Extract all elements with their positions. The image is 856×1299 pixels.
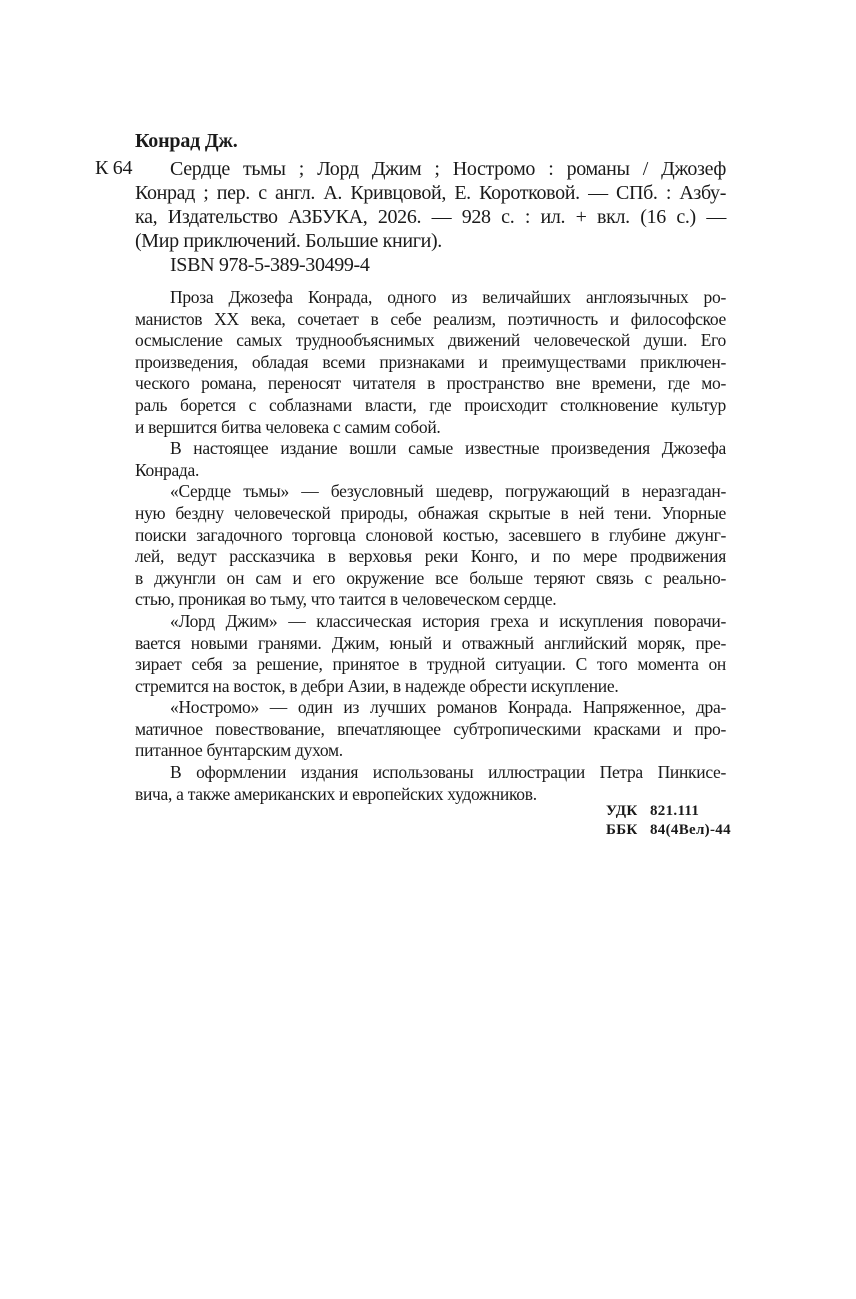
bbk-value: 84(4Вел)-44	[650, 821, 731, 840]
bbk-label: ББК	[606, 821, 650, 840]
udk-row: УДК 821.111	[606, 802, 731, 821]
annotation-line: матичное повествование, впечатляющее суб…	[135, 719, 726, 741]
annotation-line: Проза Джозефа Конрада, одного из величай…	[135, 287, 726, 309]
annotation-line: ную бездну человеческой природы, обнажая…	[135, 503, 726, 525]
udk-label: УДК	[606, 802, 650, 821]
bbk-row: ББК 84(4Вел)-44	[606, 821, 731, 840]
annotation-line: Конрада.	[135, 460, 726, 482]
annotation: Проза Джозефа Конрада, одного из величай…	[135, 287, 726, 805]
author-heading: Конрад Дж.	[135, 130, 238, 153]
annotation-line: раль борется с соблазнами власти, где пр…	[135, 395, 726, 417]
bibliographic-description: Сердце тьмы ; Лорд Джим ; Ностромо : ром…	[135, 157, 726, 277]
annotation-line: и вершится битва человека с самим собой.	[135, 417, 726, 439]
annotation-line: поиски загадочного торговца слоновой кос…	[135, 525, 726, 547]
author-mark: К 64	[95, 157, 132, 180]
annotation-line: ческого романа, переносят читателя в про…	[135, 373, 726, 395]
annotation-line: вается новыми гранями. Джим, юный и отва…	[135, 633, 726, 655]
annotation-line: «Ностромо» — один из лучших романов Конр…	[135, 697, 726, 719]
biblio-line: Конрад ; пер. с англ. А. Кривцовой, Е. К…	[135, 181, 726, 205]
annotation-line: стремится на восток, в дебри Азии, в над…	[135, 676, 726, 698]
classification-codes: УДК 821.111 ББК 84(4Вел)-44	[606, 802, 731, 840]
annotation-paragraph: «Ностромо» — один из лучших романов Конр…	[135, 697, 726, 762]
annotation-line: В настоящее издание вошли самые известны…	[135, 438, 726, 460]
annotation-line: питанное бунтарским духом.	[135, 740, 726, 762]
annotation-paragraph: В настоящее издание вошли самые известны…	[135, 438, 726, 481]
annotation-paragraph: В оформлении издания использованы иллюст…	[135, 762, 726, 805]
annotation-paragraph: «Лорд Джим» — классическая история греха…	[135, 611, 726, 697]
udk-value: 821.111	[650, 802, 699, 821]
biblio-line: (Мир приключений. Большие книги).	[135, 229, 726, 253]
imprint-page: Конрад Дж. К 64 Сердце тьмы ; Лорд Джим …	[0, 0, 856, 1299]
annotation-line: стью, проникая во тьму, что таится в чел…	[135, 589, 726, 611]
annotation-line: произведения, обладая всеми признаками и…	[135, 352, 726, 374]
biblio-line: Сердце тьмы ; Лорд Джим ; Ностромо : ром…	[135, 157, 726, 181]
annotation-line: зирает себя за решение, принятое в трудн…	[135, 654, 726, 676]
annotation-line: манистов XX века, сочетает в себе реализ…	[135, 309, 726, 331]
annotation-line: «Сердце тьмы» — безусловный шедевр, погр…	[135, 481, 726, 503]
annotation-line: осмысление самых труднообъяснимых движен…	[135, 330, 726, 352]
biblio-line: ка, Издательство АЗБУКА, 2026. — 928 с. …	[135, 205, 726, 229]
annotation-paragraph: Проза Джозефа Конрада, одного из величай…	[135, 287, 726, 438]
annotation-paragraph: «Сердце тьмы» — безусловный шедевр, погр…	[135, 481, 726, 611]
annotation-line: лей, ведут рассказчика в верховья реки К…	[135, 546, 726, 568]
isbn: ISBN 978-5-389-30499-4	[135, 253, 726, 277]
annotation-line: в джунгли он сам и его окружение все бол…	[135, 568, 726, 590]
annotation-line: В оформлении издания использованы иллюст…	[135, 762, 726, 784]
annotation-line: «Лорд Джим» — классическая история греха…	[135, 611, 726, 633]
